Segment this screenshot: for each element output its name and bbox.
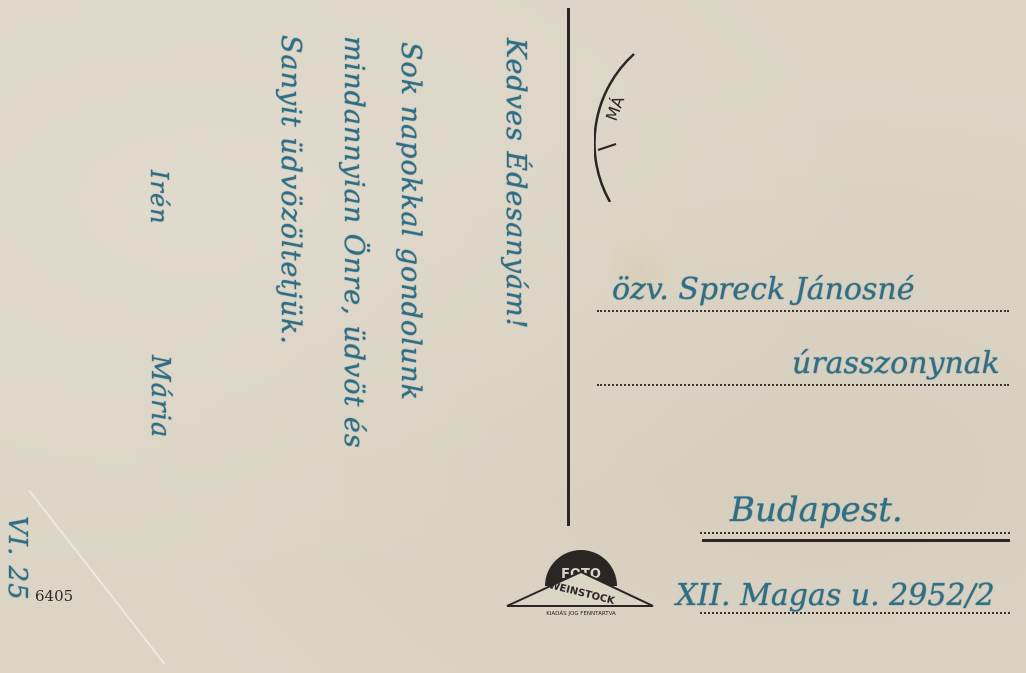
signature-2: Mária xyxy=(145,355,175,438)
address-name: özv. Spreck Jánosné xyxy=(612,272,914,307)
svg-text:KIADÁS JOG FENNTARTVA: KIADÁS JOG FENNTARTVA xyxy=(546,610,616,617)
address-street: XII. Magas u. 2952/2 xyxy=(676,578,995,613)
postmark-stamp-icon: MÁ xyxy=(594,52,704,202)
address-line-3 xyxy=(700,532,1010,534)
address-city: Budapest. xyxy=(730,490,903,530)
address-title: úrasszonynak xyxy=(792,346,1000,381)
date-note: VI. 25 xyxy=(2,516,32,601)
address-underline xyxy=(702,539,1010,542)
message-line-4: Sanyit üdvözöltetjük. xyxy=(275,35,306,345)
message-line-2: Sok napokkal gondolunk xyxy=(395,42,426,401)
address-line-2 xyxy=(597,384,1009,386)
svg-text:MÁ: MÁ xyxy=(602,94,628,124)
publisher-logo-icon: FOTO WEINSTOCK KIADÁS JOG FENNTARTVA xyxy=(505,548,655,618)
serial-number: 6405 xyxy=(35,587,73,605)
postcard-back: Kedves Édesanyám! Sok napokkal gondolunk… xyxy=(0,0,1026,673)
paper-crease xyxy=(28,490,165,665)
center-divider xyxy=(567,8,570,526)
signature-1: Irén xyxy=(145,170,173,225)
message-line-1: Kedves Édesanyám! xyxy=(500,38,531,330)
message-line-3: mindannyian Önre, üdvöt és xyxy=(338,36,369,449)
address-line-1 xyxy=(597,310,1009,312)
